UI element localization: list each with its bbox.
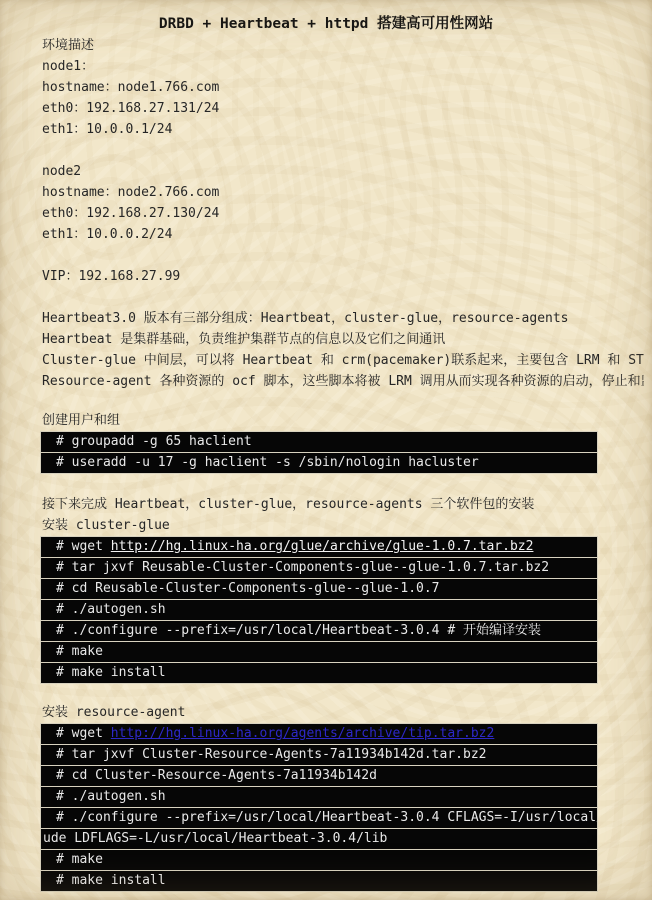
node1-eth0: eth0：192.168.27.131/24 [42,98,644,119]
node2-eth1: eth1：10.0.0.2/24 [42,224,644,245]
code-line-tar-ra: # tar jxvf Cluster-Resource-Agents-7a119… [41,745,597,766]
node1-name: node1： [42,56,644,77]
node2-name: node2 [42,161,644,182]
code-line-configure-ra: # ./configure --prefix=/usr/local/Heartb… [41,808,597,829]
spacer [0,287,652,308]
document-content: DRBD + Heartbeat + httpd 搭建高可用性网站 环境描述 n… [0,0,652,892]
code-line-cd-glue: # cd Reusable-Cluster-Components-glue--g… [41,579,597,600]
code-line-cd-ra: # cd Cluster-Resource-Agents-7a11934b142… [41,766,597,787]
intro-line-cluster-glue: Cluster-glue 中间层，可以将 Heartbeat 和 crm(pac… [42,350,644,371]
install-ra-heading: 安装 resource-agent [42,702,644,723]
spacer [0,392,652,410]
wget-command-prefix: # wget [56,539,111,554]
spacer [0,684,652,702]
spacer [0,245,652,266]
code-line-wget-glue: # wget http://hg.linux-ha.org/glue/archi… [41,537,597,558]
code-line-make-install-glue: # make install [41,663,597,683]
vip-line: VIP：192.168.27.99 [42,266,644,287]
install-glue-heading: 安装 cluster-glue [42,515,644,536]
env-heading: 环境描述 [42,35,644,56]
create-user-heading: 创建用户和组 [42,410,644,431]
document-page: DRBD + Heartbeat + httpd 搭建高可用性网站 环境描述 n… [0,0,652,900]
code-line-configure-ra-wrap: ude LDFLAGS=-L/usr/local/Heartbeat-3.0.4… [41,829,597,850]
install-intro: 接下来完成 Heartbeat，cluster-glue，resource-ag… [42,494,644,515]
code-line-useradd: # useradd -u 17 -g haclient -s /sbin/nol… [41,453,597,473]
intro-line-components: Heartbeat3.0 版本有三部分组成：Heartbeat，cluster-… [42,308,644,329]
spacer [0,474,652,494]
code-line-make-glue: # make [41,642,597,663]
node1-hostname: hostname：node1.766.com [42,77,644,98]
code-line-configure-glue: # ./configure --prefix=/usr/local/Heartb… [41,621,597,642]
code-line-wget-ra: # wget http://hg.linux-ha.org/agents/arc… [41,724,597,745]
intro-line-resource-agent: Resource-agent 各种资源的 ocf 脚本，这些脚本将被 LRM 调… [42,371,644,392]
node1-eth1: eth1：10.0.0.1/24 [42,119,644,140]
tip-download-link[interactable]: http://hg.linux-ha.org/agents/archive/ti… [111,726,495,741]
code-line-make-ra: # make [41,850,597,871]
wget-command-prefix: # wget [56,726,111,741]
code-line-autogen-ra: # ./autogen.sh [41,787,597,808]
glue-download-link[interactable]: http://hg.linux-ha.org/glue/archive/glue… [111,539,534,554]
code-block-resource-agent: # wget http://hg.linux-ha.org/agents/arc… [40,723,598,892]
node2-eth0: eth0：192.168.27.130/24 [42,203,644,224]
code-line-autogen-glue: # ./autogen.sh [41,600,597,621]
page-title: DRBD + Heartbeat + httpd 搭建高可用性网站 [0,14,652,35]
spacer [0,140,652,161]
code-block-cluster-glue: # wget http://hg.linux-ha.org/glue/archi… [40,536,598,684]
code-line-groupadd: # groupadd -g 65 haclient [41,432,597,453]
code-line-make-install-ra: # make install [41,871,597,891]
intro-line-heartbeat: Heartbeat 是集群基础，负责维护集群节点的信息以及它们之间通讯 [42,329,644,350]
code-block-user-group: # groupadd -g 65 haclient # useradd -u 1… [40,431,598,474]
node2-hostname: hostname：node2.766.com [42,182,644,203]
code-line-tar-glue: # tar jxvf Reusable-Cluster-Components-g… [41,558,597,579]
